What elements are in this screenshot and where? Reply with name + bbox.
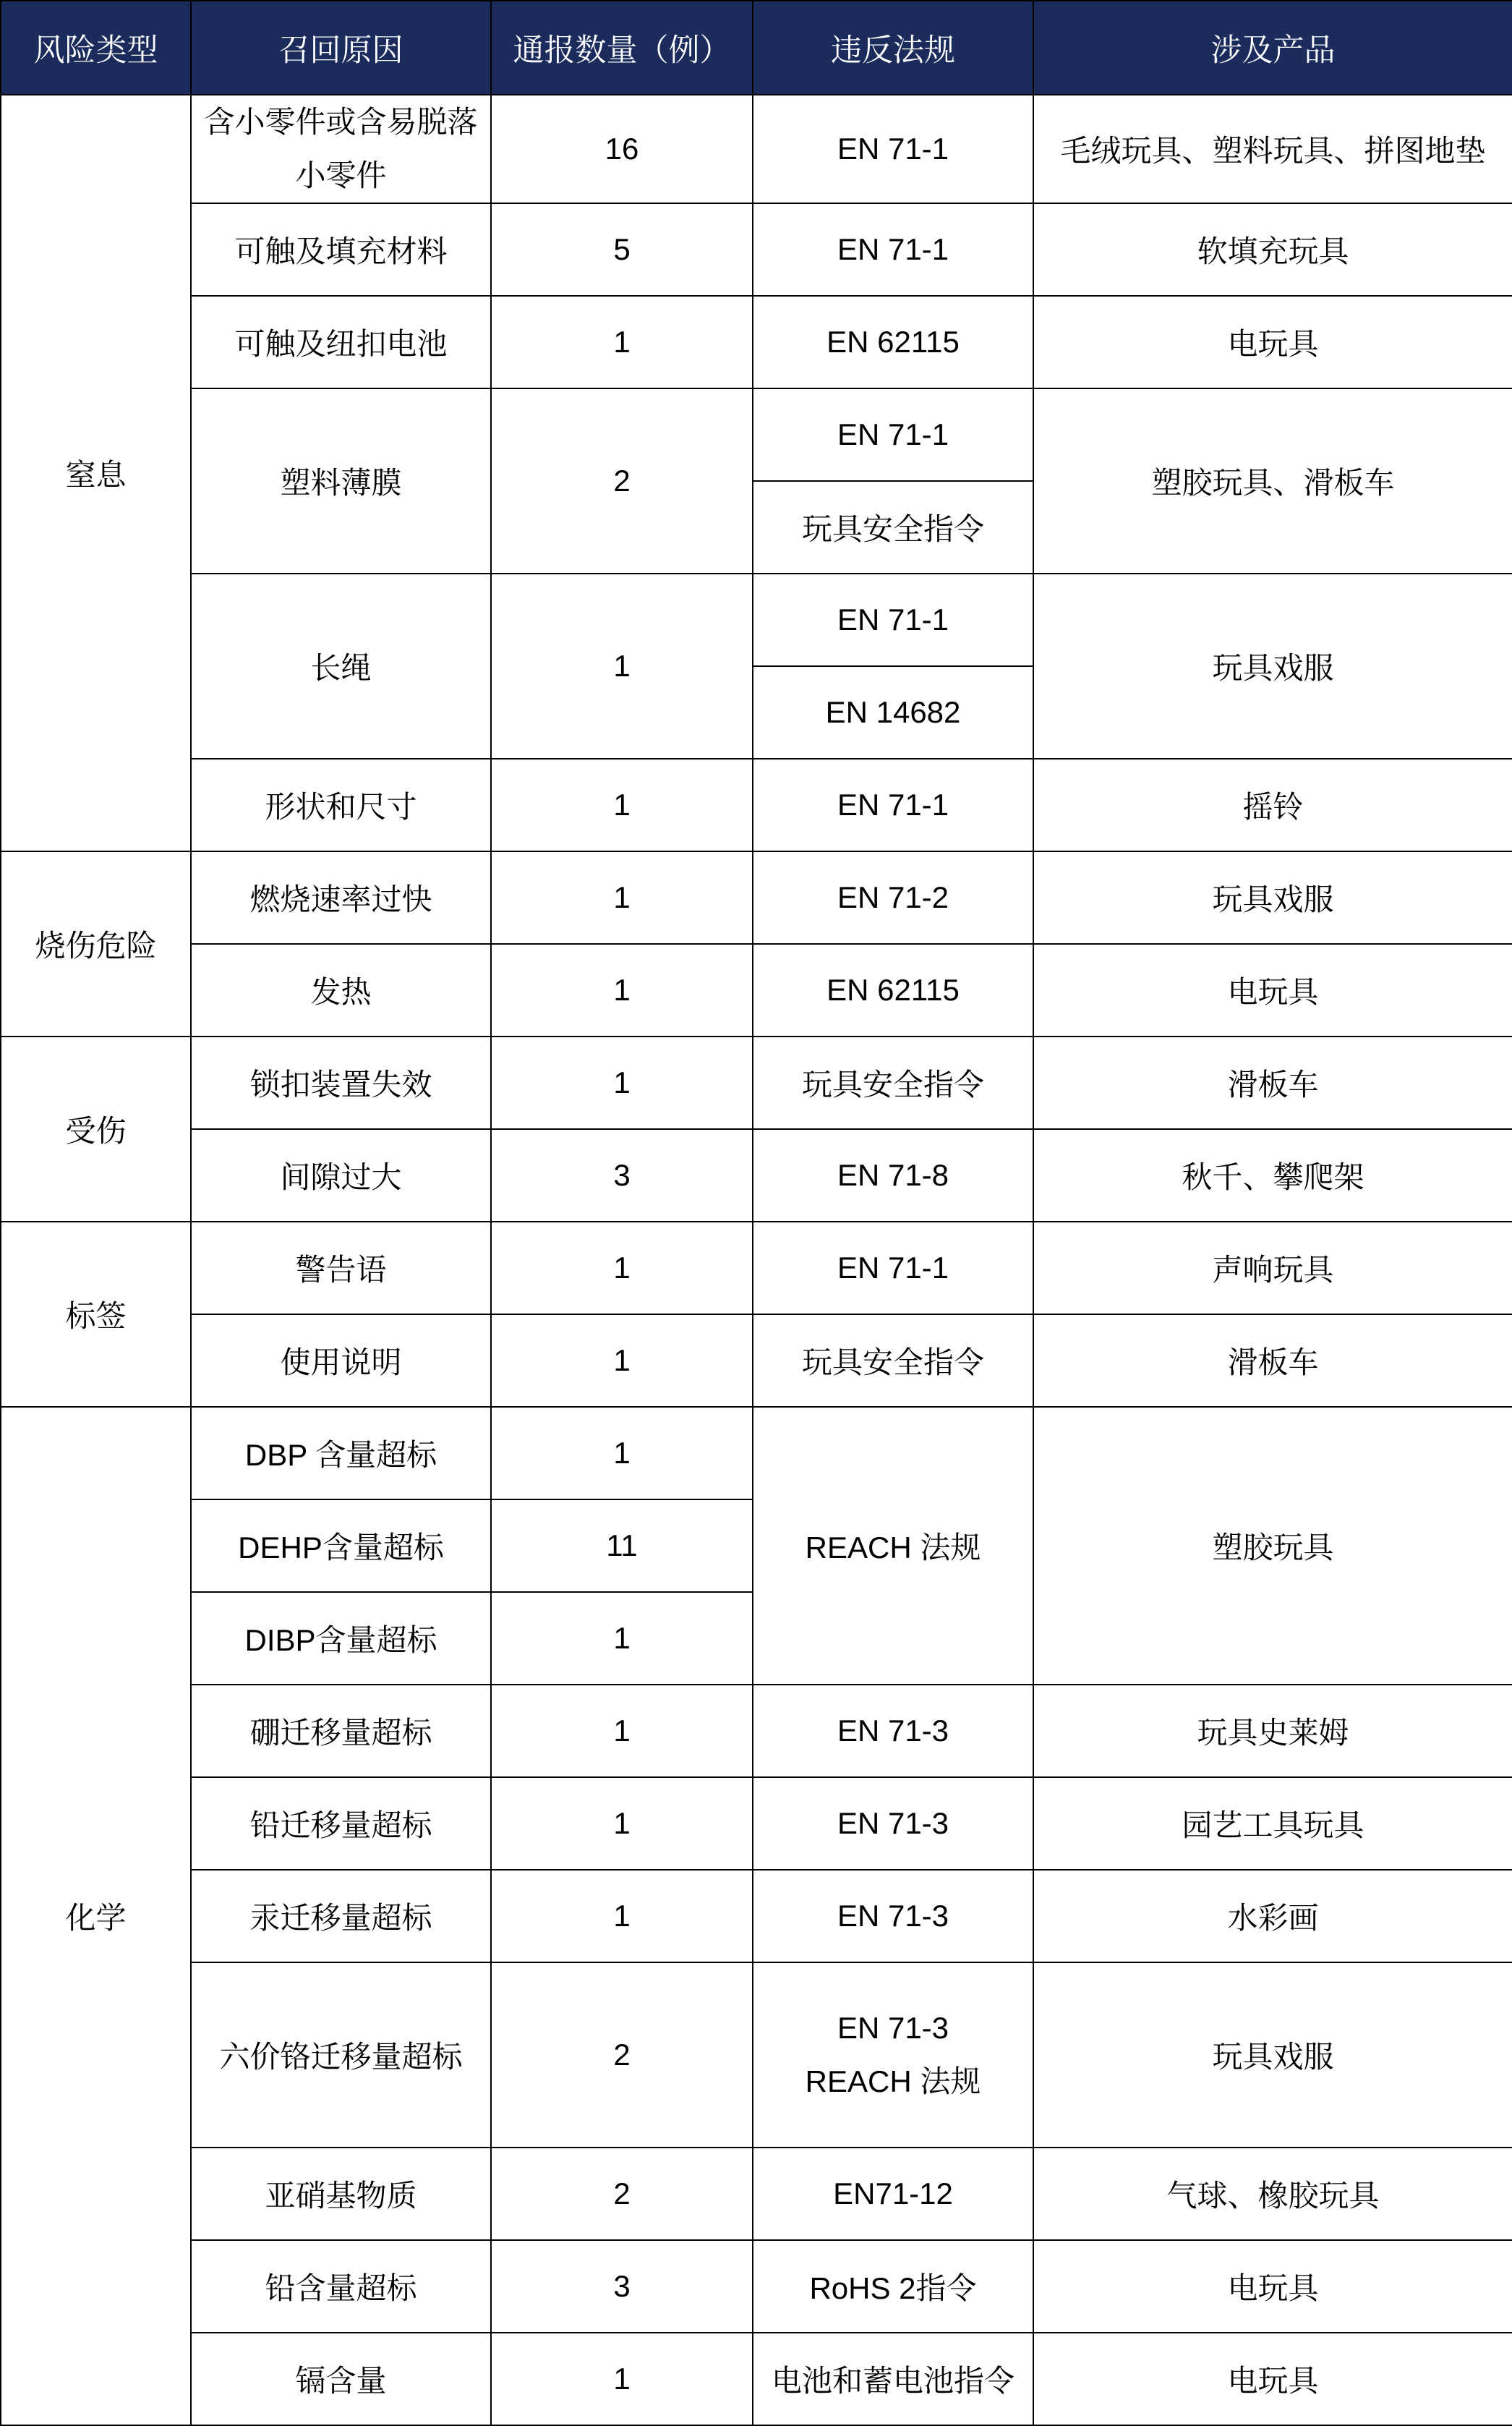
table-cell: 摇铃: [1033, 759, 1512, 851]
table-cell: 玩具史莱姆: [1033, 1685, 1512, 1777]
table-cell: 气球、橡胶玩具: [1033, 2148, 1512, 2240]
risk-type-cell: 烧伤危险: [1, 851, 191, 1037]
table-cell: 塑胶玩具、滑板车: [1033, 388, 1512, 574]
cell-line: EN 71-3: [758, 2001, 1028, 2055]
table-row: 标签警告语1EN 71-1声响玩具: [1, 1222, 1512, 1314]
table-cell: 1: [491, 1314, 753, 1407]
table-cell: 玩具戏服: [1033, 1962, 1512, 2148]
table-cell: 镉含量: [191, 2333, 491, 2425]
table-row: 塑料薄膜2EN 71-1塑胶玩具、滑板车: [1, 388, 1512, 481]
table-cell: DEHP含量超标: [191, 1499, 491, 1592]
table-cell: 毛绒玩具、塑料玩具、拼图地垫: [1033, 95, 1512, 203]
table-cell: EN71-12: [753, 2148, 1033, 2240]
table-cell: EN 71-3: [753, 1685, 1033, 1777]
table-cell: 长绳: [191, 574, 491, 759]
table-cell: EN 71-3: [753, 1870, 1033, 1962]
table-cell: 亚硝基物质: [191, 2148, 491, 2240]
table-cell: EN 71-1: [753, 95, 1033, 203]
table-cell: 1: [491, 1407, 753, 1499]
cell-line: 含小零件或含易脱落: [196, 95, 486, 149]
table-cell: EN 71-1: [753, 203, 1033, 296]
table-cell: 电玩具: [1033, 2333, 1512, 2425]
table-cell: 1: [491, 1685, 753, 1777]
table-cell: 3: [491, 2240, 753, 2333]
table-cell: 1: [491, 2333, 753, 2425]
table-cell: 汞迁移量超标: [191, 1870, 491, 1962]
table-cell: 软填充玩具: [1033, 203, 1512, 296]
table-cell: 电玩具: [1033, 944, 1512, 1037]
table-row: 使用说明1玩具安全指令滑板车: [1, 1314, 1512, 1407]
table-cell: 六价铬迁移量超标: [191, 1962, 491, 2148]
table-row: 硼迁移量超标1EN 71-3玩具史莱姆: [1, 1685, 1512, 1777]
table-cell: 5: [491, 203, 753, 296]
table-row: 可触及纽扣电池1EN 62115电玩具: [1, 296, 1512, 388]
table-cell: 1: [491, 296, 753, 388]
table-cell: 11: [491, 1499, 753, 1592]
table-cell: REACH 法规: [753, 1407, 1033, 1685]
table-cell: 电玩具: [1033, 296, 1512, 388]
table-row: 长绳1EN 71-1玩具戏服: [1, 574, 1512, 666]
table-cell: 2: [491, 1962, 753, 2148]
table-cell: 硼迁移量超标: [191, 1685, 491, 1777]
table-cell: 发热: [191, 944, 491, 1037]
table-cell: 1: [491, 1222, 753, 1314]
table-cell: EN 71-1: [753, 388, 1033, 481]
table-cell: EN 71-8: [753, 1129, 1033, 1222]
header-cell: 召回原因: [191, 1, 491, 95]
table-cell: 声响玩具: [1033, 1222, 1512, 1314]
table-row: 六价铬迁移量超标2EN 71-3REACH 法规玩具戏服: [1, 1962, 1512, 2148]
table-cell: 警告语: [191, 1222, 491, 1314]
table-cell: 玩具安全指令: [753, 481, 1033, 574]
table-cell: 16: [491, 95, 753, 203]
table-row: 烧伤危险燃烧速率过快1EN 71-2玩具戏服: [1, 851, 1512, 944]
table-cell: 电池和蓄电池指令: [753, 2333, 1033, 2425]
table-row: 化学DBP 含量超标1REACH 法规塑胶玩具: [1, 1407, 1512, 1499]
table-body: 窒息含小零件或含易脱落小零件16EN 71-1毛绒玩具、塑料玩具、拼图地垫可触及…: [1, 95, 1512, 2425]
table-cell: 1: [491, 1777, 753, 1870]
table-cell: 1: [491, 759, 753, 851]
table-cell: 2: [491, 388, 753, 574]
table-cell: DIBP含量超标: [191, 1592, 491, 1685]
risk-type-cell: 标签: [1, 1222, 191, 1407]
table-cell: 1: [491, 1592, 753, 1685]
table-cell: 可触及填充材料: [191, 203, 491, 296]
table-cell: 电玩具: [1033, 2240, 1512, 2333]
table-cell: 燃烧速率过快: [191, 851, 491, 944]
table-cell: 园艺工具玩具: [1033, 1777, 1512, 1870]
table-cell: EN 71-1: [753, 1222, 1033, 1314]
table-cell: 铅迁移量超标: [191, 1777, 491, 1870]
header-cell: 涉及产品: [1033, 1, 1512, 95]
table-cell: 1: [491, 944, 753, 1037]
table-cell: 1: [491, 1037, 753, 1129]
table-cell: 塑胶玩具: [1033, 1407, 1512, 1685]
table-cell: 铅含量超标: [191, 2240, 491, 2333]
cell-line: REACH 法规: [758, 2055, 1028, 2108]
table-row: 发热1EN 62115电玩具: [1, 944, 1512, 1037]
table-cell: 1: [491, 574, 753, 759]
table-header-row: 风险类型召回原因通报数量（例）违反法规涉及产品: [1, 1, 1512, 95]
table-cell: 使用说明: [191, 1314, 491, 1407]
table-cell: EN 71-3REACH 法规: [753, 1962, 1033, 2148]
table-cell: 玩具安全指令: [753, 1037, 1033, 1129]
table-cell: 玩具戏服: [1033, 574, 1512, 759]
cell-line: 小零件: [196, 149, 486, 203]
risk-type-cell: 受伤: [1, 1037, 191, 1222]
table-cell: 水彩画: [1033, 1870, 1512, 1962]
table-cell: 可触及纽扣电池: [191, 296, 491, 388]
table-cell: EN 71-1: [753, 574, 1033, 666]
table-row: 铅迁移量超标1EN 71-3园艺工具玩具: [1, 1777, 1512, 1870]
header-cell: 违反法规: [753, 1, 1033, 95]
table-cell: 滑板车: [1033, 1037, 1512, 1129]
table-cell: 1: [491, 1870, 753, 1962]
table-row: 受伤锁扣装置失效1玩具安全指令滑板车: [1, 1037, 1512, 1129]
table-row: 汞迁移量超标1EN 71-3水彩画: [1, 1870, 1512, 1962]
risk-type-cell: 窒息: [1, 95, 191, 851]
table-cell: 形状和尺寸: [191, 759, 491, 851]
table-cell: EN 62115: [753, 944, 1033, 1037]
table-cell: 2: [491, 2148, 753, 2240]
table-cell: 间隙过大: [191, 1129, 491, 1222]
header-row: 风险类型召回原因通报数量（例）违反法规涉及产品: [1, 1, 1512, 95]
table-row: 亚硝基物质2EN71-12气球、橡胶玩具: [1, 2148, 1512, 2240]
table-cell: RoHS 2指令: [753, 2240, 1033, 2333]
table-cell: 滑板车: [1033, 1314, 1512, 1407]
page: 风险类型召回原因通报数量（例）违反法规涉及产品 窒息含小零件或含易脱落小零件16…: [0, 0, 1512, 2408]
table-cell: 1: [491, 851, 753, 944]
recall-table: 风险类型召回原因通报数量（例）违反法规涉及产品 窒息含小零件或含易脱落小零件16…: [0, 0, 1512, 2426]
header-cell: 风险类型: [1, 1, 191, 95]
table-cell: EN 14682: [753, 666, 1033, 759]
table-cell: 含小零件或含易脱落小零件: [191, 95, 491, 203]
table-row: 镉含量1电池和蓄电池指令电玩具: [1, 2333, 1512, 2425]
table-row: 形状和尺寸1EN 71-1摇铃: [1, 759, 1512, 851]
table-cell: EN 71-2: [753, 851, 1033, 944]
table-row: 铅含量超标3RoHS 2指令电玩具: [1, 2240, 1512, 2333]
table-cell: 锁扣装置失效: [191, 1037, 491, 1129]
table-cell: DBP 含量超标: [191, 1407, 491, 1499]
table-row: 可触及填充材料5EN 71-1软填充玩具: [1, 203, 1512, 296]
table-row: 窒息含小零件或含易脱落小零件16EN 71-1毛绒玩具、塑料玩具、拼图地垫: [1, 95, 1512, 203]
table-cell: 玩具戏服: [1033, 851, 1512, 944]
table-cell: 玩具安全指令: [753, 1314, 1033, 1407]
table-cell: EN 62115: [753, 296, 1033, 388]
header-cell: 通报数量（例）: [491, 1, 753, 95]
table-cell: EN 71-1: [753, 759, 1033, 851]
table-cell: 秋千、攀爬架: [1033, 1129, 1512, 1222]
risk-type-cell: 化学: [1, 1407, 191, 2425]
table-row: 间隙过大3EN 71-8秋千、攀爬架: [1, 1129, 1512, 1222]
table-cell: EN 71-3: [753, 1777, 1033, 1870]
table-cell: 3: [491, 1129, 753, 1222]
table-cell: 塑料薄膜: [191, 388, 491, 574]
